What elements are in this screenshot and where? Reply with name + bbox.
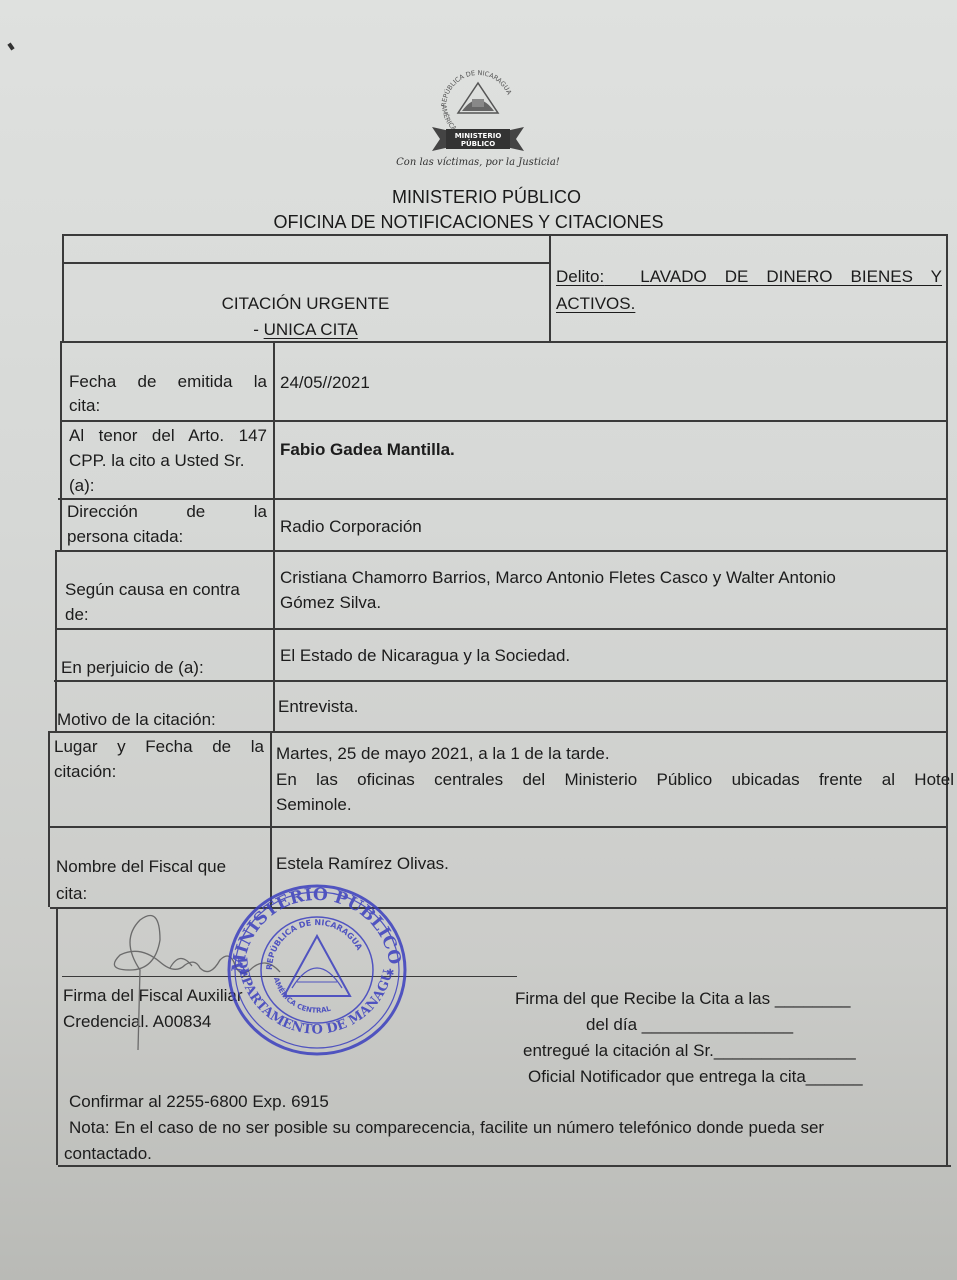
value-motivo: Entrevista.: [278, 695, 358, 719]
emblem-motto: Con las víctimas, por la Justicia!: [396, 157, 560, 168]
crime-label: Delito:: [556, 267, 604, 286]
note-line-2: contactado.: [64, 1142, 152, 1166]
citation-subtype: - UNICA CITA: [62, 318, 549, 342]
seal-outer-top: MINISTERIO PÚBLICO: [229, 885, 405, 974]
label-direccion-2: persona citada:: [67, 525, 183, 549]
table-col-divider: [549, 234, 551, 341]
table-border-bottom: [58, 1165, 951, 1167]
receiver-line-2: del día ________________: [586, 1013, 793, 1037]
crime-line2: ACTIVOS.: [556, 292, 635, 316]
label-causa: Según causa en contra: [65, 578, 240, 602]
emblem-banner-line1: MINISTERIO: [455, 132, 502, 140]
svg-text:✱: ✱: [240, 968, 248, 979]
value-direccion: Radio Corporación: [280, 515, 422, 539]
value-causa-2: Gómez Silva.: [280, 591, 381, 615]
official-seal-icon: MINISTERIO PÚBLICO DEPARTAMENTO DE MANAG…: [222, 878, 412, 1058]
ink-mark: [7, 42, 14, 50]
label-motivo: Motivo de la citación:: [57, 708, 216, 732]
table-divider: [55, 628, 948, 630]
label-citado-3: (a):: [69, 474, 95, 498]
value-fiscal: Estela Ramírez Olivas.: [276, 852, 449, 876]
table-divider: [62, 262, 549, 264]
table-border-left: [48, 731, 50, 907]
confirm-phone: Confirmar al 2255-6800 Exp. 6915: [69, 1090, 329, 1114]
table-col-divider: [273, 341, 275, 731]
receiver-line-3: entregué la citación al Sr._____________…: [523, 1039, 856, 1063]
label-causa-2: de:: [65, 603, 89, 627]
receiver-line-4: Oficial Notificador que entrega la cita_…: [528, 1065, 863, 1089]
value-lugar-fecha-3: Seminole.: [276, 793, 352, 817]
citation-subtype-label: UNICA CITA: [264, 320, 358, 339]
table-border-left: [55, 550, 57, 731]
label-lugar-fecha: Lugar y Fecha de la: [54, 735, 264, 759]
value-causa: Cristiana Chamorro Barrios, Marco Antoni…: [280, 566, 836, 590]
label-citado: Al tenor del Arto. 147: [69, 424, 267, 448]
citation-type: CITACIÓN URGENTE: [62, 292, 549, 316]
citation-subtype-prefix: -: [253, 320, 263, 339]
table-divider: [54, 680, 948, 682]
table-border-left: [60, 341, 62, 550]
svg-text:✱: ✱: [386, 968, 394, 979]
label-lugar-fecha-2: citación:: [54, 760, 116, 784]
label-citado-2: CPP. la cito a Usted Sr.: [69, 449, 244, 473]
crime-line1: Delito: LAVADO DE DINERO BIENES Y: [556, 265, 942, 289]
svg-text:MINISTERIO PÚBLICO: MINISTERIO PÚBLICO: [229, 885, 405, 974]
table-border-left: [56, 907, 58, 1165]
value-lugar-fecha-2: En las oficinas centrales del Ministerio…: [276, 768, 954, 792]
receiver-line-1: Firma del que Recibe la Cita a las _____…: [515, 987, 850, 1011]
emblem-banner-line2: PÚBLICO: [461, 139, 495, 148]
label-perjuicio: En perjuicio de (a):: [61, 656, 204, 680]
table-border-right: [946, 234, 948, 1165]
note-line-1: Nota: En el caso de no ser posible su co…: [69, 1116, 824, 1140]
value-perjuicio: El Estado de Nicaragua y la Sociedad.: [280, 644, 570, 668]
table-divider: [60, 420, 947, 422]
label-fiscal-2: cita:: [56, 882, 87, 906]
label-direccion: Dirección de la: [67, 500, 267, 524]
label-fiscal: Nombre del Fiscal que: [56, 855, 226, 879]
value-lugar-fecha: Martes, 25 de mayo 2021, a la 1 de la ta…: [276, 742, 610, 766]
value-fecha-emitida: 24/05//2021: [280, 371, 370, 395]
crime-value: LAVADO DE DINERO BIENES Y: [640, 267, 942, 286]
emblem-icon: REPÚBLICA DE NICARAGUA AMÉRICA CENTRAL M…: [388, 55, 568, 175]
page-subtitle: OFICINA DE NOTIFICACIONES Y CITACIONES: [0, 212, 947, 233]
table-divider: [48, 826, 948, 828]
ministerio-publico-emblem: REPÚBLICA DE NICARAGUA AMÉRICA CENTRAL M…: [388, 55, 568, 175]
table-border-top: [62, 234, 947, 236]
label-fecha-emitida: Fecha de emitida la: [69, 370, 267, 394]
table-divider: [56, 550, 947, 552]
page-title: MINISTERIO PÚBLICO: [8, 187, 957, 208]
citation-document: REPÚBLICA DE NICARAGUA AMÉRICA CENTRAL M…: [0, 0, 957, 1280]
value-citado: Fabio Gadea Mantilla.: [280, 438, 455, 462]
label-fecha-emitida-2: cita:: [69, 394, 100, 418]
